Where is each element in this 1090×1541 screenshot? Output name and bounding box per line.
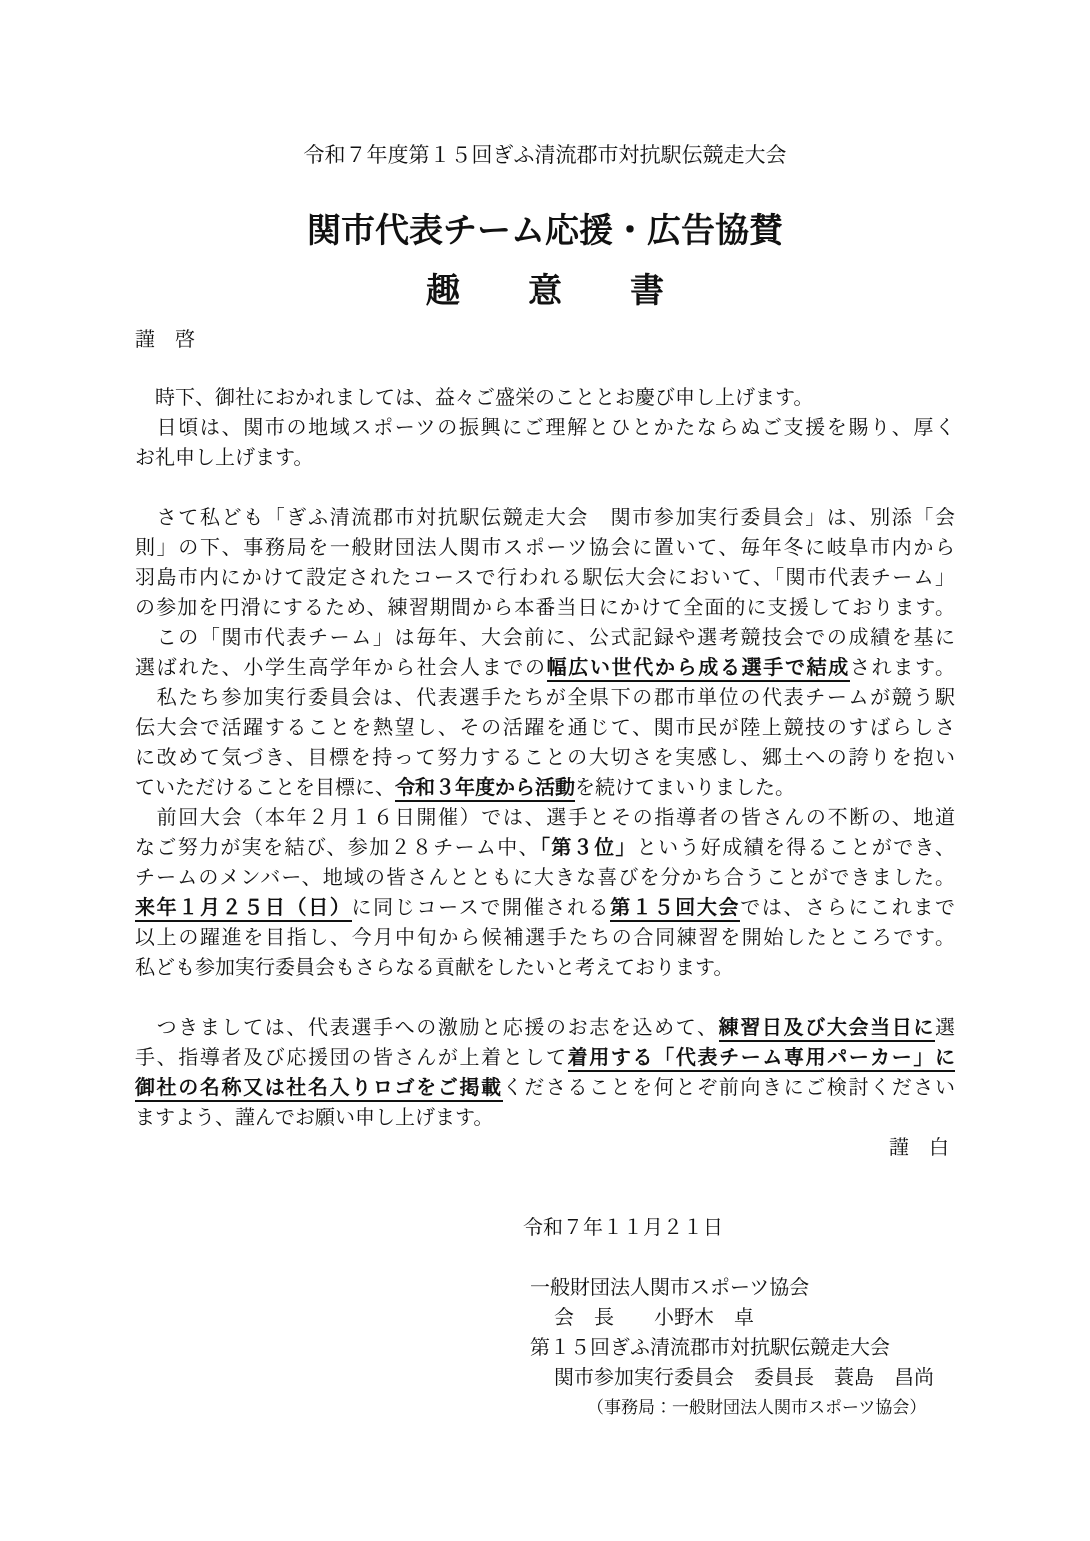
- salutation-opening: 謹 啓: [135, 325, 955, 355]
- body-line: お礼申し上げます。: [135, 443, 955, 473]
- body-line: さて私ども「ぎふ清流郡市対抗駅伝競走大会 関市参加実行委員会」は、別添「会: [135, 503, 955, 533]
- text-segment: では、さらにこれまで: [740, 897, 955, 919]
- event-title-line: 令和７年度第１５回ぎふ清流郡市対抗駅伝競走大会: [135, 143, 955, 167]
- text-segment: チームのメンバー、地域の皆さんとともに大きな喜びを分かち合うことができました。: [135, 867, 955, 889]
- body-line: に改めて気づき、目標を持って努力することの大切さを実感し、郷土への誇りを抱い: [135, 743, 955, 773]
- text-segment: という好成績を得ることができ、: [637, 837, 955, 859]
- text-segment: されます。: [850, 657, 955, 679]
- emphasized-text: 着用する「代表チーム専用パーカー」に: [568, 1047, 955, 1072]
- body-line: なご努力が実を結び、参加２８チーム中、「第３位」という好成績を得ることができ、: [135, 833, 955, 863]
- document-subtitle: 趣 意 書: [135, 272, 955, 310]
- body-line: 以上の躍進を目指し、今月中旬から候補選手たちの合同練習を開始したところです。: [135, 923, 955, 953]
- body-line: ていただけることを目標に、令和３年度から活動を続けてまいりました。: [135, 773, 955, 803]
- body-line: 選ばれた、小学生高学年から社会人までの幅広い世代から成る選手で結成されます。: [135, 653, 955, 683]
- salutation-closing: 謹 白: [135, 1133, 955, 1163]
- document-date: 令和７年１１月２１日: [135, 1213, 955, 1243]
- body-line: 則」の下、事務局を一般財団法人関市スポーツ協会に置いて、毎年冬に岐阜市内から: [135, 533, 955, 563]
- text-segment: ますよう、謹んでお願い申し上げます。: [135, 1107, 493, 1129]
- text-segment: 前回大会（本年２月１６日開催）では、選手とその指導者の皆さんの不断の、地道: [135, 807, 955, 829]
- text-segment: を続けてまいりました。: [575, 777, 795, 799]
- signature-line: （事務局：一般財団法人関市スポーツ協会）: [587, 1393, 955, 1423]
- emphasized-text: 練習日及び大会当日に: [719, 1017, 935, 1042]
- body-line: 日頃は、関市の地域スポーツの振興にご理解とひとかたならぬご支援を賜り、厚く: [135, 413, 955, 443]
- text-segment: 手、指導者及び応援団の皆さんが上着として: [135, 1047, 568, 1069]
- text-segment: 選ばれた、小学生高学年から社会人までの: [135, 657, 547, 679]
- text-segment: ていただけることを目標に、: [135, 777, 395, 799]
- body-line: つきましては、代表選手への激励と応援のお志を込めて、練習日及び大会当日に選: [135, 1013, 955, 1043]
- text-segment: 羽島市内にかけて設定されたコースで行われる駅伝大会において、「関市代表チーム」: [135, 567, 955, 589]
- text-segment: 以上の躍進を目指し、今月中旬から候補選手たちの合同練習を開始したところです。: [135, 927, 955, 949]
- body-paragraph: 時下、御社におかれましては、益々ご盛栄のこととお慶び申し上げます。 日頃は、関市…: [135, 383, 955, 473]
- text-segment: 時下、御社におかれましては、益々ご盛栄のこととお慶び申し上げます。: [135, 387, 813, 409]
- body-line: ますよう、謹んでお願い申し上げます。: [135, 1103, 955, 1133]
- body-line: この「関市代表チーム」は毎年、大会前に、公式記録や選考競技会での成績を基に: [135, 623, 955, 653]
- text-segment: つきましては、代表選手への激励と応援のお志を込めて、: [135, 1017, 719, 1039]
- text-segment: この「関市代表チーム」は毎年、大会前に、公式記録や選考競技会での成績を基に: [135, 627, 955, 649]
- body-line: 私たち参加実行委員会は、代表選手たちが全県下の郡市単位の代表チームが競う駅: [135, 683, 955, 713]
- text-segment: なご努力が実を結び、参加２８チーム中、: [135, 837, 540, 859]
- emphasized-text: 「第３位」: [540, 837, 637, 859]
- emphasized-text: 第１５回大会: [610, 897, 740, 922]
- body-line: 時下、御社におかれましては、益々ご盛栄のこととお慶び申し上げます。: [135, 383, 955, 413]
- text-segment: 日頃は、関市の地域スポーツの振興にご理解とひとかたならぬご支援を賜り、厚く: [135, 417, 955, 439]
- text-segment: の参加を円滑にするため、練習期間から本番当日にかけて全面的に支援しております。: [135, 597, 955, 619]
- body-line: 前回大会（本年２月１６日開催）では、選手とその指導者の皆さんの不断の、地道: [135, 803, 955, 833]
- signature-line: 会 長 小野木 卓: [554, 1303, 955, 1333]
- emphasized-text: 幅広い世代から成る選手で結成: [547, 657, 850, 682]
- text-segment: くださることを何とぞ前向きにご検討ください: [503, 1077, 955, 1099]
- body-line: チームのメンバー、地域の皆さんとともに大きな喜びを分かち合うことができました。: [135, 863, 955, 893]
- body-text: 時下、御社におかれましては、益々ご盛栄のこととお慶び申し上げます。 日頃は、関市…: [135, 383, 955, 1133]
- body-paragraph: さて私ども「ぎふ清流郡市対抗駅伝競走大会 関市参加実行委員会」は、別添「会則」の…: [135, 503, 955, 983]
- body-line: 御社の名称又は社名入りロゴをご掲載くださることを何とぞ前向きにご検討ください: [135, 1073, 955, 1103]
- signature-line: 関市参加実行委員会 委員長 蓑島 昌尚: [554, 1363, 955, 1393]
- text-segment: 私ども参加実行委員会もさらなる貢献をしたいと考えております。: [135, 957, 733, 979]
- document-title: 関市代表チーム応援・広告協賛: [135, 212, 955, 250]
- text-segment: に改めて気づき、目標を持って努力することの大切さを実感し、郷土への誇りを抱い: [135, 747, 955, 769]
- text-segment: 私たち参加実行委員会は、代表選手たちが全県下の郡市単位の代表チームが競う駅: [135, 687, 955, 709]
- body-paragraph: つきましては、代表選手への激励と応援のお志を込めて、練習日及び大会当日に選手、指…: [135, 1013, 955, 1133]
- emphasized-text: 来年１月２５日（日）: [135, 897, 352, 922]
- signature-block: 一般財団法人関市スポーツ協会会 長 小野木 卓第１５回ぎふ清流郡市対抗駅伝競走大…: [135, 1273, 955, 1423]
- signature-line: 一般財団法人関市スポーツ協会: [530, 1273, 955, 1303]
- signature-line: 第１５回ぎふ清流郡市対抗駅伝競走大会: [530, 1333, 955, 1363]
- text-segment: さて私ども「ぎふ清流郡市対抗駅伝競走大会 関市参加実行委員会」は、別添「会: [135, 507, 955, 529]
- body-line: 手、指導者及び応援団の皆さんが上着として着用する「代表チーム専用パーカー」に: [135, 1043, 955, 1073]
- emphasized-text: 御社の名称又は社名入りロゴをご掲載: [135, 1077, 503, 1102]
- emphasized-text: 令和３年度から活動: [395, 777, 575, 802]
- document-page: 令和７年度第１５回ぎふ清流郡市対抗駅伝競走大会 関市代表チーム応援・広告協賛 趣…: [0, 0, 1090, 1541]
- text-segment: 伝大会で活躍することを熱望し、その活躍を通じて、関市民が陸上競技のすばらしさ: [135, 717, 955, 739]
- body-line: 伝大会で活躍することを熱望し、その活躍を通じて、関市民が陸上競技のすばらしさ: [135, 713, 955, 743]
- body-line: 私ども参加実行委員会もさらなる貢献をしたいと考えております。: [135, 953, 955, 983]
- text-segment: に同じコースで開催される: [352, 897, 611, 919]
- text-segment: お礼申し上げます。: [135, 447, 313, 469]
- body-line: の参加を円滑にするため、練習期間から本番当日にかけて全面的に支援しております。: [135, 593, 955, 623]
- body-line: 羽島市内にかけて設定されたコースで行われる駅伝大会において、「関市代表チーム」: [135, 563, 955, 593]
- text-segment: 則」の下、事務局を一般財団法人関市スポーツ協会に置いて、毎年冬に岐阜市内から: [135, 537, 955, 559]
- text-segment: 選: [935, 1017, 955, 1039]
- body-line: 来年１月２５日（日）に同じコースで開催される第１５回大会では、さらにこれまで: [135, 893, 955, 923]
